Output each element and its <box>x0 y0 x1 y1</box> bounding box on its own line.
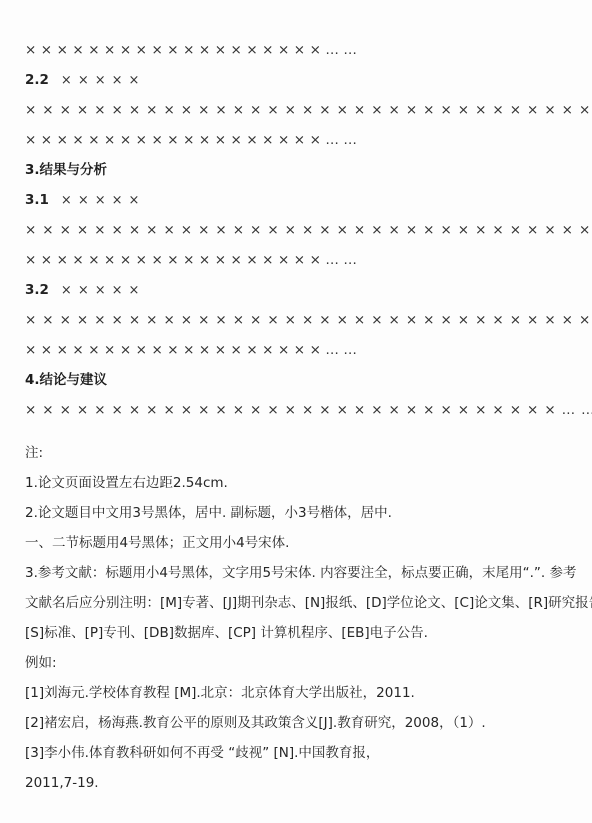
note-references-line3: [S]标准、[P]专刊、[DB]数据库、[CP] 计算机程序、[EB]电子公告. <box>25 625 568 642</box>
section-number: 2.2 <box>25 72 49 88</box>
section-title-placeholder: ××××× <box>61 193 145 208</box>
reference-item-1: [1]刘海元.学校体育教程 [M].北京：北京体育大学出版社，2011. <box>25 685 568 702</box>
reference-item-3-continued: 2011,7-19. <box>25 775 568 792</box>
notes-label: 注: <box>25 445 568 462</box>
section-title-placeholder: ××××× <box>61 283 145 298</box>
reference-item-3: [3]李小伟.体育教科研如何不再受 “歧视” [N].中国教育报， <box>25 745 568 762</box>
note-title-font: 2.论文题目中文用3号黑体，居中. 副标题，小3号楷体，居中. <box>25 505 568 522</box>
section-heading-2-2: 2.2××××× <box>25 72 568 89</box>
reference-item-2: [2]褚宏启，杨海燕.教育公平的原则及其政策含义[J].教育研究，2008，（1… <box>25 715 568 732</box>
placeholder-row: ×××××××××××××××××××××××××××××××××××××××× <box>25 102 568 119</box>
placeholder-row: ×××××××××××××××××××…… <box>25 42 568 59</box>
document-page: ×××××××××××××××××××…… 2.2××××× ×××××××××… <box>0 0 592 823</box>
note-section-font: 一、二节标题用4号黑体；正文用小4号宋体. <box>25 535 568 552</box>
section-heading-3-2: 3.2××××× <box>25 282 568 299</box>
chapter-heading-conclusion: 4.结论与建议 <box>25 372 568 389</box>
placeholder-row: ×××××××××××××××××××…… <box>25 252 568 269</box>
note-margin-setting: 1.论文页面设置左右边距2.54cm. <box>25 475 568 492</box>
section-number: 3.1 <box>25 192 49 208</box>
chapter-heading-results: 3.结果与分析 <box>25 162 568 179</box>
note-references-line2: 文献名后应分别注明：[M]专著、[J]期刊杂志、[N]报纸、[D]学位论文、[C… <box>25 595 568 612</box>
example-label: 例如: <box>25 655 568 672</box>
section-number: 3.2 <box>25 282 49 298</box>
section-title-placeholder: ××××× <box>61 73 145 88</box>
placeholder-row: ×××××××××××××××××××××××××××××××××××××××× <box>25 312 568 329</box>
placeholder-row: ×××××××××××××××××××××××××××××××…… <box>25 402 568 419</box>
placeholder-row: ×××××××××××××××××××…… <box>25 132 568 149</box>
note-references-line1: 3.参考文献：标题用小4号黑体，文字用5号宋体. 内容要注全，标点要正确，末尾用… <box>25 565 568 582</box>
placeholder-row: ×××××××××××××××××××…… <box>25 342 568 359</box>
placeholder-row: ×××××××××××××××××××××××××××××××××××××××× <box>25 222 568 239</box>
section-heading-3-1: 3.1××××× <box>25 192 568 209</box>
